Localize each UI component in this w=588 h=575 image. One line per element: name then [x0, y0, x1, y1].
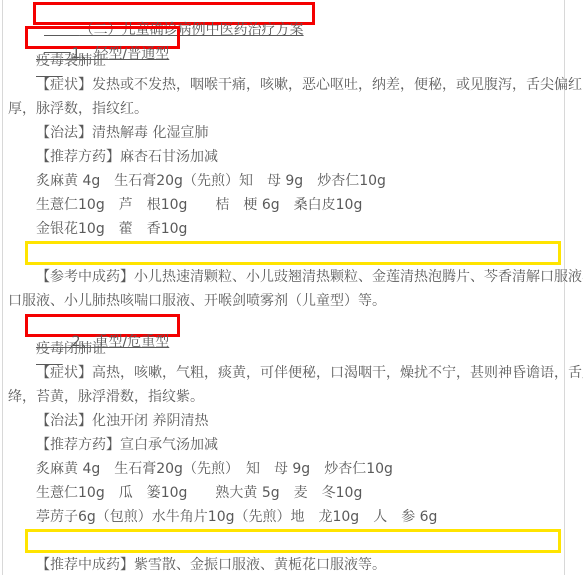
section2-treatment-text: 【治法】化浊开闭 养阴清热: [8, 409, 583, 433]
section2-age-note-yellow-highlight-box: 本方适用于5岁-10岁儿童，超出此年龄范围的患儿，需要根据年龄和病情酌情调整用药…: [25, 529, 561, 553]
section1-patent-drugs-line2: 口服液、小儿肺热咳喘口服液、开喉剑喷雾剂（儿童型）等。: [8, 289, 583, 313]
document-page: （二）儿童确诊病例中医药治疗方案 1、轻型/普通型 疫毒袭肺证 【症状】发热或不…: [0, 0, 588, 575]
main-heading-red-annotation-box: （二）儿童确诊病例中医药治疗方案: [33, 2, 315, 25]
section2-herbs-line3: 葶苈子6g（包煎）水牛角片10g（先煎）地 龙10g 人 参 6g: [8, 505, 583, 529]
section2-herbs-line1: 炙麻黄 4g 生石膏20g（先煎） 知 母 9g 炒杏仁10g: [8, 457, 583, 481]
section1-age-note-yellow-highlight-box: 本方适用于5岁-10岁儿童，超出此年龄范围的患儿，需要根据年龄和病情酌情调整用药…: [25, 241, 561, 265]
section2-heading-red-annotation-box: 2、重型/危重型: [25, 314, 180, 337]
section2-heading-row: 2、重型/危重型: [8, 313, 583, 337]
section2-syndrome-text: 疫毒闭肺证: [8, 337, 583, 361]
section1-herbs-line3: 金银花10g 藿 香10g: [8, 217, 583, 241]
section2-herbs-line2: 生薏仁10g 瓜 篓10g 熟大黄 5g 麦 冬10g: [8, 481, 583, 505]
section1-symptoms-line1: 【症状】发热或不发热，咽喉干痛，咳嗽，恶心呕吐，纳差，便秘，或见腹泻，舌尖偏红，…: [8, 73, 583, 97]
section1-treatment-text: 【治法】清热解毒 化湿宣肺: [8, 121, 583, 145]
section1-syndrome-text: 疫毒袭肺证: [8, 49, 583, 73]
section2-formula-text: 【推荐方药】宣白承气汤加减: [8, 433, 583, 457]
section1-symptoms-line2: 厚，脉浮数，指纹红。: [8, 97, 583, 121]
section1-formula-text: 【推荐方药】麻杏石甘汤加减: [8, 145, 583, 169]
section2-age-note-row: 本方适用于5岁-10岁儿童，超出此年龄范围的患儿，需要根据年龄和病情酌情调整用药…: [8, 529, 583, 553]
section1-herbs-line1: 炙麻黄 4g 生石膏20g（先煎）知 母 9g 炒杏仁10g: [8, 169, 583, 193]
section2-symptoms-line1: 【症状】高热，咳嗽，气粗，痰黄，可伴便秘，口渴咽干，燥扰不宁，甚则神昏谵语，舌质…: [8, 361, 583, 385]
section1-herbs-line2: 生薏仁10g 芦 根10g 桔 梗 6g 桑白皮10g: [8, 193, 583, 217]
page-left-edge-line: [2, 0, 3, 575]
section1-age-note-row: 本方适用于5岁-10岁儿童，超出此年龄范围的患儿，需要根据年龄和病情酌情调整用药…: [8, 241, 583, 265]
section1-heading-red-annotation-box: 1、轻型/普通型: [25, 26, 180, 49]
section1-patent-drugs-line1: 【参考中成药】小儿热速清颗粒、小儿豉翘清热颗粒、金莲清热泡腾片、芩香清解口服液、…: [8, 265, 583, 289]
document-content: （二）儿童确诊病例中医药治疗方案 1、轻型/普通型 疫毒袭肺证 【症状】发热或不…: [8, 1, 583, 575]
section2-symptoms-line2: 绛，苔黄，脉浮滑数，指纹紫。: [8, 385, 583, 409]
section2-patent-drugs-line1: 【推荐中成药】紫雪散、金振口服液、黄栀花口服液等。: [8, 553, 583, 575]
main-heading-row: （二）儿童确诊病例中医药治疗方案: [8, 1, 583, 25]
